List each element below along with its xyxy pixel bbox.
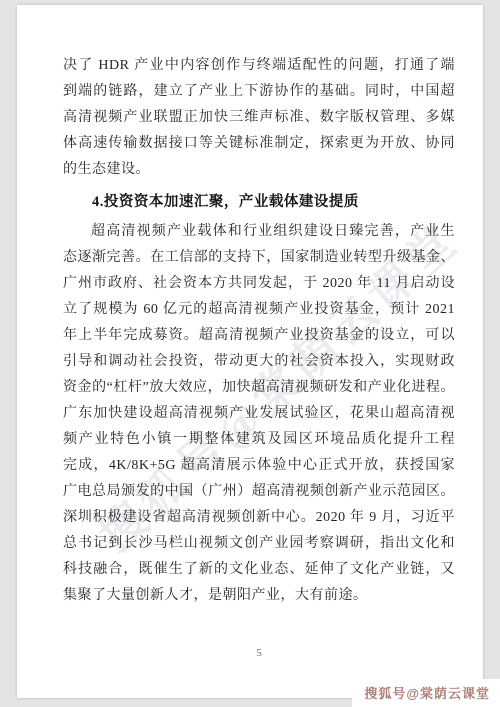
- text-line: 频产业特色小镇一期整体建筑及园区环境品质化提升工程: [63, 427, 455, 453]
- text-line: 总书记到长沙马栏山视频文创产业园考察调研，指出文化和: [63, 531, 455, 557]
- text-line: 的生态建设。: [63, 157, 455, 183]
- text-line: 深圳积极建设省超高清视频创新中心。2020 年 9 月，习近平: [63, 505, 455, 531]
- text-line: 到端的链路，建立了产业上下游协作的基础。同时，中国超: [63, 79, 455, 105]
- text-line: 集聚了大量创新人才，是朝阳产业，大有前途。: [63, 583, 455, 609]
- corner-watermark: 搜狐号@棠荫云课堂: [352, 679, 500, 707]
- text-line: 立了规模为 60 亿元的超高清视频产业投资基金，预计 2021: [63, 297, 455, 323]
- text-line: 引导和调动社会投资，带动更大的社会资本投入，实现财政: [63, 349, 455, 375]
- text-line: 年上半年完成募资。超高清视频产业投资基金的设立，可以: [63, 323, 455, 349]
- text-line: 超高清视频产业载体和行业组织建设日臻完善，产业生: [63, 219, 455, 245]
- text-line: 广电总局颁发的中国（广州）超高清视频创新产业示范园区。: [63, 479, 455, 505]
- page-number: 5: [63, 647, 455, 659]
- text-line: 科技融合，既催生了新的文化业态、延伸了文化产业链，又: [63, 557, 455, 583]
- text-line: 完成，4K/8K+5G 超高清展示体验中心正式开放，获授国家: [63, 453, 455, 479]
- text-line: 广州市政府、社会资本方共同发起，于 2020 年 11 月启动设: [63, 271, 455, 297]
- section-heading: 4.投资资本加速汇聚，产业载体建设提质: [63, 189, 455, 215]
- document-page: 搜狐号@棠荫云课堂 决了 HDR 产业中内容创作与终端适配性的问题，打通了端到端…: [17, 5, 483, 698]
- body-text: 决了 HDR 产业中内容创作与终端适配性的问题，打通了端到端的链路，建立了产业上…: [63, 53, 455, 609]
- text-line: 高清视频产业联盟正加快三维声标准、数字版权管理、多媒: [63, 105, 455, 131]
- text-line: 态逐渐完善。在工信部的支持下，国家制造业转型升级基金、: [63, 245, 455, 271]
- text-line: 广东加快建设超高清视频产业发展试验区，花果山超高清视: [63, 401, 455, 427]
- document-screenshot: { "page": { "lines": [ {"text": "决了 HDR …: [0, 0, 500, 707]
- text-line: 体高速传输数据接口等关键标准制定，探索更为开放、协同: [63, 131, 455, 157]
- text-line: 决了 HDR 产业中内容创作与终端适配性的问题，打通了端: [63, 53, 455, 79]
- text-line: 资金的“杠杆”放大效应，加快超高清视频研发和产业化进程。: [63, 375, 455, 401]
